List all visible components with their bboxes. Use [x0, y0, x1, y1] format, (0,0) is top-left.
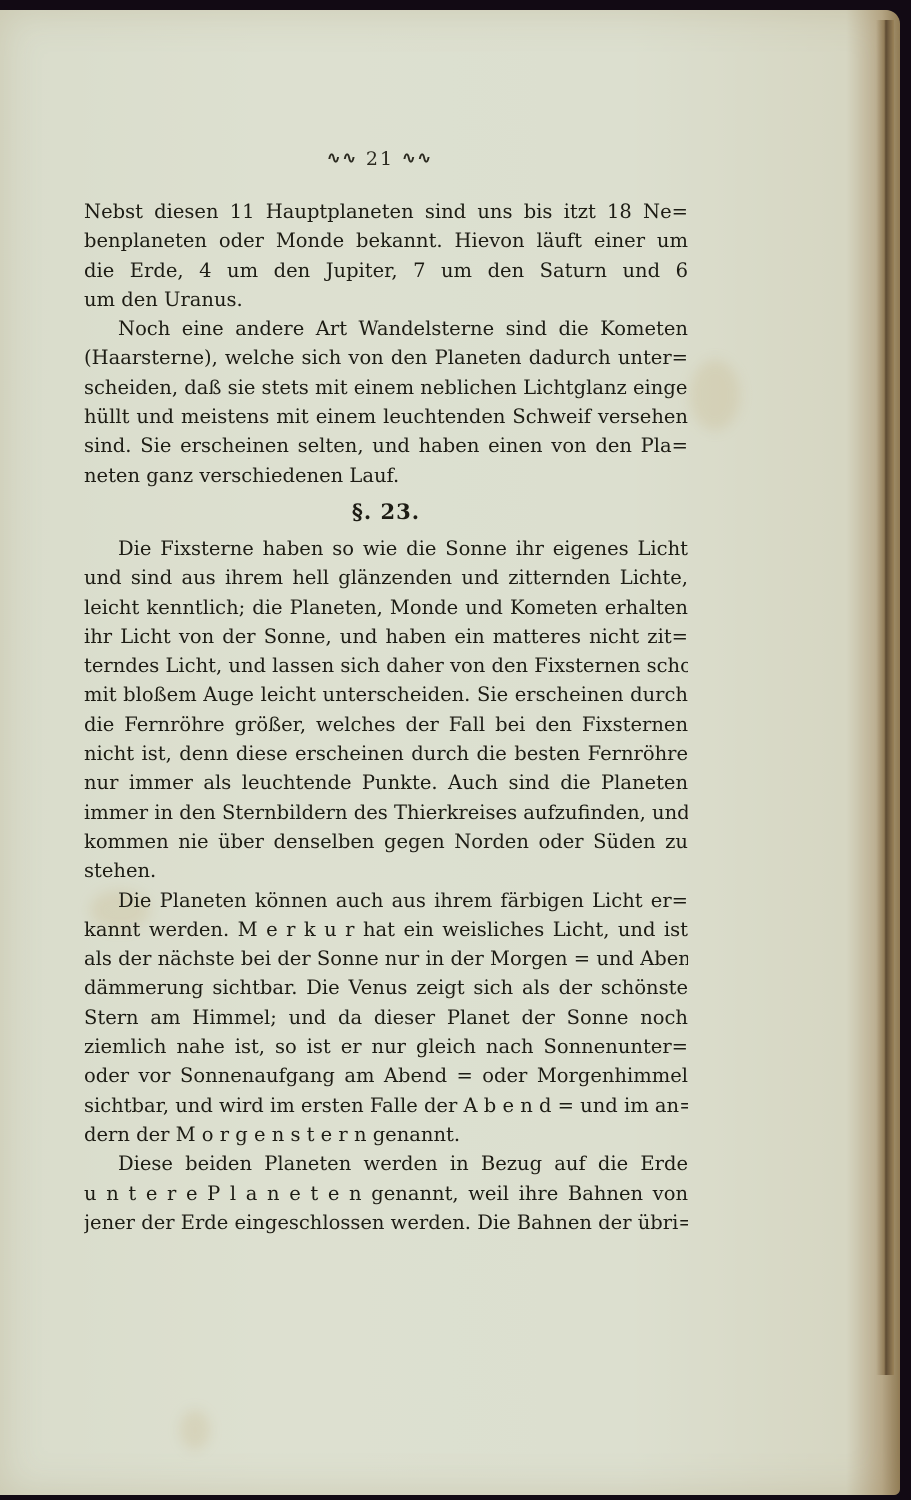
text-line: scheiden, daß sie stets mit einem neblic… — [84, 373, 688, 402]
text-line: terndes Licht, und lassen sich daher von… — [84, 651, 688, 680]
text-line: um den Uranus. — [84, 285, 688, 314]
text-line: ziemlich nahe ist, so ist er nur gleich … — [84, 1032, 688, 1061]
page-number: 21 — [366, 148, 394, 170]
book-page: ∿∿ 21 ∿∿ Nebst diesen 11 Hauptplaneten s… — [0, 10, 900, 1495]
text-line: Die Fixsterne haben so wie die Sonne ihr… — [84, 534, 688, 563]
text-line: oder vor Sonnenaufgang am Abend = oder M… — [84, 1061, 688, 1090]
text-line: sind. Sie erscheinen selten, und haben e… — [84, 431, 688, 460]
text-line: jener der Erde eingeschlossen werden. Di… — [84, 1208, 688, 1237]
section-heading: §. 23. — [84, 490, 688, 534]
text-line: und sind aus ihrem hell glänzenden und z… — [84, 563, 688, 592]
text-line: sichtbar, und wird im ersten Falle der A… — [84, 1091, 688, 1120]
text-line: die Fernröhre größer, welches der Fall b… — [84, 710, 688, 739]
text-line: u n t e r e P l a n e t e n genannt, wei… — [84, 1179, 688, 1208]
header-ornament-left: ∿∿ — [327, 148, 358, 167]
paragraph: Die Fixsterne haben so wie die Sonne ihr… — [84, 534, 688, 886]
text-line: ihr Licht von der Sonne, und haben ein m… — [84, 622, 688, 651]
paragraph: Diese beiden Planeten werden in Bezug au… — [84, 1149, 688, 1237]
text-line: nur immer als leuchtende Punkte. Auch si… — [84, 768, 688, 797]
text-line: Die Planeten können auch aus ihrem färbi… — [84, 886, 688, 915]
text-line: dern der M o r g e n s t e r n genannt. — [84, 1120, 688, 1149]
text-line: hüllt und meistens mit einem leuchtenden… — [84, 402, 688, 431]
text-line: stehen. — [84, 856, 688, 885]
text-line: neten ganz verschiedenen Lauf. — [84, 461, 688, 490]
text-line: Nebst diesen 11 Hauptplaneten sind uns b… — [84, 197, 688, 226]
paragraph: Noch eine andere Art Wandelsterne sind d… — [84, 314, 688, 490]
header-ornament-right: ∿∿ — [402, 148, 433, 167]
text-line: dämmerung sichtbar. Die Venus zeigt sich… — [84, 973, 688, 1002]
text-line: Stern am Himmel; und da dieser Planet de… — [84, 1003, 688, 1032]
text-line: Noch eine andere Art Wandelsterne sind d… — [84, 314, 688, 343]
paragraph: Die Planeten können auch aus ihrem färbi… — [84, 886, 688, 1150]
text-line: Diese beiden Planeten werden in Bezug au… — [84, 1149, 688, 1178]
text-line: benplaneten oder Monde bekannt. Hievon l… — [84, 226, 688, 255]
text-line: leicht kenntlich; die Planeten, Monde un… — [84, 593, 688, 622]
paragraph: Nebst diesen 11 Hauptplaneten sind uns b… — [84, 197, 688, 314]
text-line: immer in den Sternbildern des Thierkreis… — [84, 798, 688, 827]
body-text: Nebst diesen 11 Hauptplaneten sind uns b… — [84, 197, 688, 1237]
text-line: die Erde, 4 um den Jupiter, 7 um den Sat… — [84, 256, 688, 285]
text-line: kannt werden. M e r k u r hat ein weisli… — [84, 915, 688, 944]
page-header: ∿∿ 21 ∿∿ — [0, 148, 760, 170]
paper-stain — [690, 360, 740, 430]
text-line: nicht ist, denn diese erscheinen durch d… — [84, 739, 688, 768]
text-line: mit bloßem Auge leicht unterscheiden. Si… — [84, 680, 688, 709]
text-line: kommen nie über denselben gegen Norden o… — [84, 827, 688, 856]
paper-stain — [180, 1410, 210, 1450]
text-line: (Haarsterne), welche sich von den Planet… — [84, 343, 688, 372]
text-line: als der nächste bei der Sonne nur in der… — [84, 944, 688, 973]
